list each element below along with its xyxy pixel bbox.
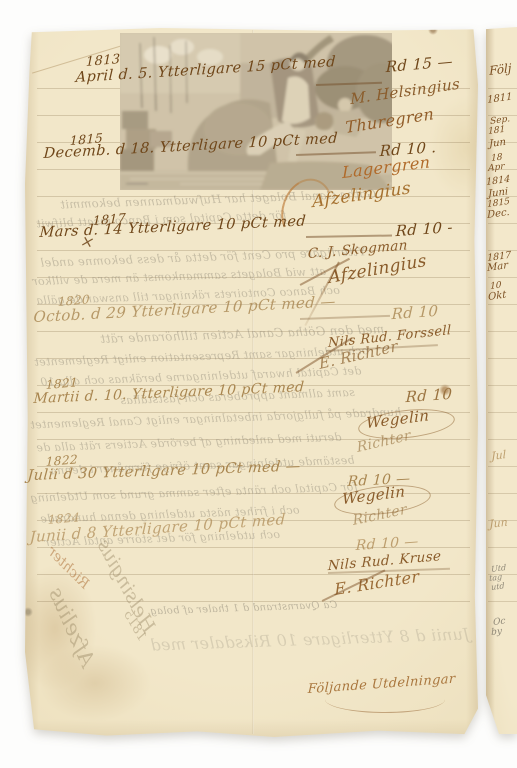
footer-flourish xyxy=(325,686,445,713)
right-page-fragment: Jun xyxy=(489,137,506,150)
entry-amount: Rd 10 xyxy=(405,385,452,406)
entry-amount: Rd 10 xyxy=(391,302,438,323)
right-page-fragment: utd xyxy=(491,581,505,592)
right-page-fragment: Jul xyxy=(491,448,506,463)
right-page-fragment: by xyxy=(491,626,502,638)
document-photo: Götha Canal Bolaget har Hufwudmannen bek… xyxy=(0,0,517,768)
right-page-fragment: Jun xyxy=(489,515,508,531)
